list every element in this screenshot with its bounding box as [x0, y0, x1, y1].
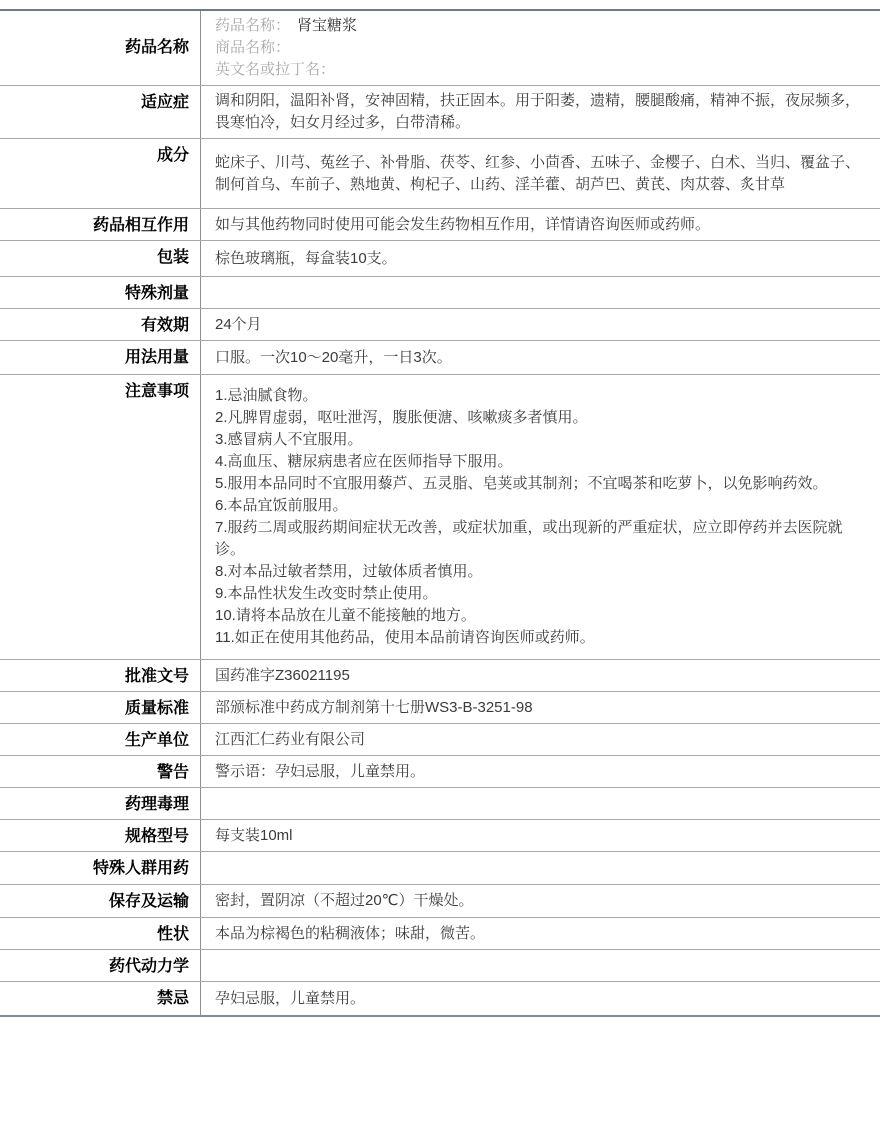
table-row-contraindications: 禁忌 孕妇忌服，儿童禁用。 [0, 982, 880, 1015]
table-row-pharmacology-toxicology: 药理毒理 [0, 788, 880, 820]
row-content: 口服。一次10～20毫升，一日3次。 [201, 341, 880, 374]
english-name-field-label: 英文名或拉丁名： [215, 61, 335, 78]
table-row-specification: 规格型号 每支装10ml [0, 820, 880, 852]
table-row-drug-name: 药品名称 药品名称：肾宝糖浆 商品名称： 英文名或拉丁名： [0, 11, 880, 86]
row-label: 注意事项 [0, 375, 201, 659]
row-content: 24个月 [201, 309, 880, 340]
table-row-drug-interactions: 药品相互作用 如与其他药物同时使用可能会发生药物相互作用，详情请咨询医师或药师。 [0, 209, 880, 241]
drug-name-field-label: 药品名称： [215, 17, 290, 34]
row-content-text: 调和阴阳，温阳补肾，安神固精，扶正固本。用于阳萎，遗精，腰腿酸痛，精神不振，夜尿… [215, 90, 866, 134]
row-label: 药理毒理 [0, 788, 201, 819]
table-row-special-populations: 特殊人群用药 [0, 852, 880, 885]
row-label: 药品名称 [0, 11, 201, 85]
row-content: 本品为棕褐色的粘稠液体；味甜，微苦。 [201, 918, 880, 949]
row-content-text: 蛇床子、川芎、菟丝子、补骨脂、茯苓、红参、小茴香、五味子、金樱子、白术、当归、覆… [215, 152, 866, 196]
row-label: 包装 [0, 241, 201, 276]
table-row-description: 性状 本品为棕褐色的粘稠液体；味甜，微苦。 [0, 918, 880, 950]
row-content: 棕色玻璃瓶，每盒装10支。 [201, 241, 880, 276]
row-label: 药品相互作用 [0, 209, 201, 240]
row-content [201, 950, 880, 981]
row-content: 如与其他药物同时使用可能会发生药物相互作用，详情请咨询医师或药师。 [201, 209, 880, 240]
row-label: 药代动力学 [0, 950, 201, 981]
row-label: 特殊剂量 [0, 277, 201, 308]
row-content-text: 密封，置阴凉（不超过20℃）干燥处。 [215, 890, 866, 912]
table-row-packaging: 包装 棕色玻璃瓶，每盒装10支。 [0, 241, 880, 277]
table-row-shelf-life: 有效期 24个月 [0, 309, 880, 341]
table-row-warning: 警告 警示语：孕妇忌服，儿童禁用。 [0, 756, 880, 788]
table-row-pharmacokinetics: 药代动力学 [0, 950, 880, 982]
drug-name-field-value: 肾宝糖浆 [297, 17, 357, 34]
row-label: 禁忌 [0, 982, 201, 1015]
row-content-text: 国药准字Z36021195 [215, 665, 866, 687]
table-row-special-dosage: 特殊剂量 [0, 277, 880, 309]
trade-name-field-label: 商品名称： [215, 39, 290, 56]
row-label: 规格型号 [0, 820, 201, 851]
row-content [201, 852, 880, 884]
row-content-text: 24个月 [215, 314, 866, 336]
row-content-text: 每支装10ml [215, 825, 866, 847]
row-content: 每支装10ml [201, 820, 880, 851]
drug-name-field: 药品名称：肾宝糖浆 [215, 15, 866, 37]
row-content [201, 277, 880, 308]
trade-name-field: 商品名称： [215, 37, 866, 59]
row-content-text: 本品为棕褐色的粘稠液体；味甜，微苦。 [215, 923, 866, 945]
row-content: 蛇床子、川芎、菟丝子、补骨脂、茯苓、红参、小茴香、五味子、金樱子、白术、当归、覆… [201, 139, 880, 208]
row-label: 适应症 [0, 86, 201, 138]
row-label: 特殊人群用药 [0, 852, 201, 884]
row-label: 有效期 [0, 309, 201, 340]
row-label: 用法用量 [0, 341, 201, 374]
row-content: 药品名称：肾宝糖浆 商品名称： 英文名或拉丁名： [201, 11, 880, 85]
row-content-text: 如与其他药物同时使用可能会发生药物相互作用，详情请咨询医师或药师。 [215, 214, 866, 236]
table-row-storage-transport: 保存及运输 密封，置阴凉（不超过20℃）干燥处。 [0, 885, 880, 918]
row-content: 1.忌油腻食物。 2.凡脾胃虚弱，呕吐泄泻，腹胀便溏、咳嗽痰多者慎用。 3.感冒… [201, 375, 880, 659]
row-content-text: 口服。一次10～20毫升，一日3次。 [215, 347, 866, 369]
row-content: 孕妇忌服，儿童禁用。 [201, 982, 880, 1015]
row-content: 部颁标准中药成方制剂第十七册WS3-B-3251-98 [201, 692, 880, 723]
english-name-field: 英文名或拉丁名： [215, 59, 866, 81]
row-label: 生产单位 [0, 724, 201, 755]
row-content: 国药准字Z36021195 [201, 660, 880, 691]
row-label: 批准文号 [0, 660, 201, 691]
table-row-quality-standard: 质量标准 部颁标准中药成方制剂第十七册WS3-B-3251-98 [0, 692, 880, 724]
row-content: 警示语：孕妇忌服，儿童禁用。 [201, 756, 880, 787]
row-label: 警告 [0, 756, 201, 787]
table-row-ingredients: 成分 蛇床子、川芎、菟丝子、补骨脂、茯苓、红参、小茴香、五味子、金樱子、白术、当… [0, 139, 880, 209]
row-content-text: 江西汇仁药业有限公司 [215, 729, 866, 751]
row-content-text: 1.忌油腻食物。 2.凡脾胃虚弱，呕吐泄泻，腹胀便溏、咳嗽痰多者慎用。 3.感冒… [215, 385, 866, 649]
row-content: 密封，置阴凉（不超过20℃）干燥处。 [201, 885, 880, 917]
table-row-manufacturer: 生产单位 江西汇仁药业有限公司 [0, 724, 880, 756]
table-row-approval-number: 批准文号 国药准字Z36021195 [0, 660, 880, 692]
table-row-indications: 适应症 调和阴阳，温阳补肾，安神固精，扶正固本。用于阳萎，遗精，腰腿酸痛，精神不… [0, 86, 880, 139]
row-content-text: 警示语：孕妇忌服，儿童禁用。 [215, 761, 866, 783]
row-content: 江西汇仁药业有限公司 [201, 724, 880, 755]
row-label: 成分 [0, 139, 201, 208]
row-label: 保存及运输 [0, 885, 201, 917]
row-content-text: 孕妇忌服，儿童禁用。 [215, 988, 866, 1010]
row-content-text: 棕色玻璃瓶，每盒装10支。 [215, 248, 866, 270]
row-label: 质量标准 [0, 692, 201, 723]
table-row-precautions: 注意事项 1.忌油腻食物。 2.凡脾胃虚弱，呕吐泄泻，腹胀便溏、咳嗽痰多者慎用。… [0, 375, 880, 660]
table-row-dosage-usage: 用法用量 口服。一次10～20毫升，一日3次。 [0, 341, 880, 375]
row-label: 性状 [0, 918, 201, 949]
row-content: 调和阴阳，温阳补肾，安神固精，扶正固本。用于阳萎，遗精，腰腿酸痛，精神不振，夜尿… [201, 86, 880, 138]
row-content-text: 部颁标准中药成方制剂第十七册WS3-B-3251-98 [215, 697, 866, 719]
drug-info-table: 药品名称 药品名称：肾宝糖浆 商品名称： 英文名或拉丁名： 适应症 调和阴阳，温… [0, 9, 880, 1017]
row-content [201, 788, 880, 819]
